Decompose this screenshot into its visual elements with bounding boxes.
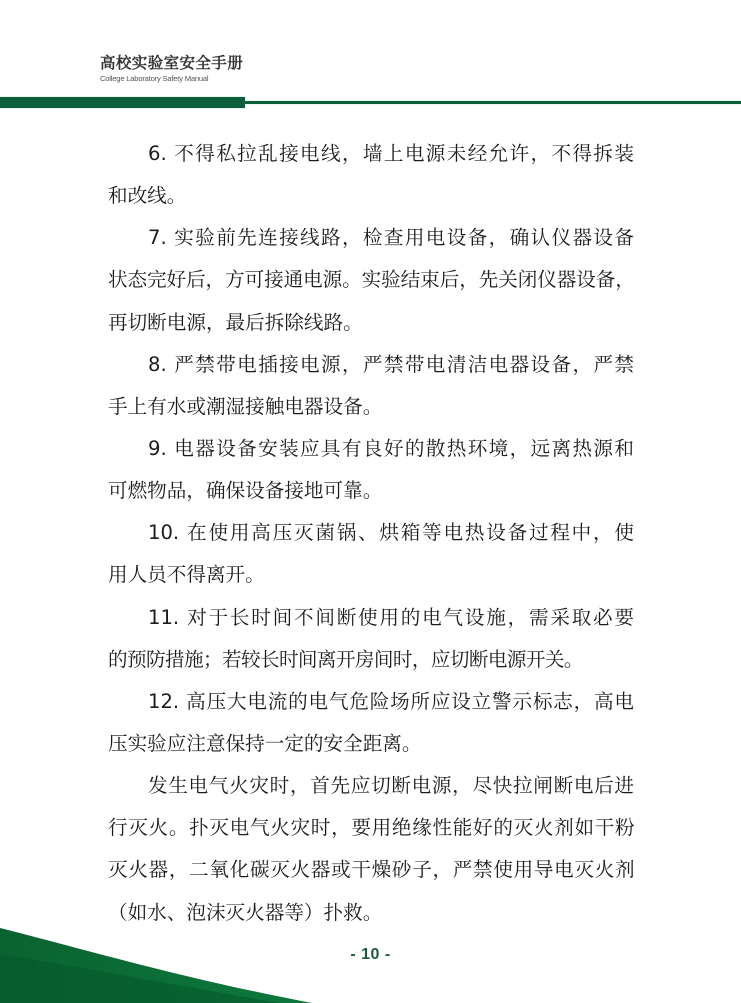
paragraph-line: 状态完好后，方可接通电源。实验结束后，先关闭仪器设备， [108, 259, 634, 301]
paragraph-line: 7. 实验前先连接线路，检查用电设备，确认仪器设备 [108, 217, 634, 259]
paragraph-line: 用人员不得离开。 [108, 554, 634, 596]
header-rule-thin [245, 101, 741, 104]
paragraph-line: 6. 不得私拉乱接电线，墙上电源未经允许，不得拆装 [108, 133, 634, 175]
paragraph-line: 10. 在使用高压灭菌锅、烘箱等电热设备过程中，使 [108, 512, 634, 554]
paragraph-line: 的预防措施；若较长时间离开房间时，应切断电源开关。 [108, 639, 634, 681]
header-title: 高校实验室安全手册 [100, 54, 243, 72]
paragraph-line: 和改线。 [108, 175, 634, 217]
paragraph-line: 压实验应注意保持一定的安全距离。 [108, 723, 634, 765]
paragraph-line: 手上有水或潮湿接触电器设备。 [108, 386, 634, 428]
paragraph-line: 9. 电器设备安装应具有良好的散热环境，远离热源和 [108, 428, 634, 470]
header-rule-thick [0, 97, 245, 108]
paragraph-line: 发生电气火灾时，首先应切断电源，尽快拉闸断电后进 [108, 765, 634, 807]
manual-page: 高校实验室安全手册 College Laboratory Safety Manu… [0, 0, 741, 1003]
paragraph-line: 再切断电源，最后拆除线路。 [108, 302, 634, 344]
paragraph-line: 行灭火。扑灭电气火灾时，要用绝缘性能好的灭火剂如干粉 [108, 807, 634, 849]
paragraph-line: 8. 严禁带电插接电源，严禁带电清洁电器设备，严禁 [108, 344, 634, 386]
paragraph-line: 12. 高压大电流的电气危险场所应设立警示标志，高电 [108, 681, 634, 723]
paragraph-line: 灭火器，二氧化碳灭火器或干燥砂子，严禁使用导电灭火剂 [108, 849, 634, 891]
paragraph-line: 11. 对于长时间不间断使用的电气设施，需采取必要 [108, 597, 634, 639]
page-number: - 10 - [0, 946, 741, 964]
paragraph-line: 可燃物品，确保设备接地可靠。 [108, 470, 634, 512]
body-text: 6. 不得私拉乱接电线，墙上电源未经允许，不得拆装 和改线。 7. 实验前先连接… [108, 133, 634, 934]
header-subtitle: College Laboratory Safety Manual [100, 74, 208, 84]
